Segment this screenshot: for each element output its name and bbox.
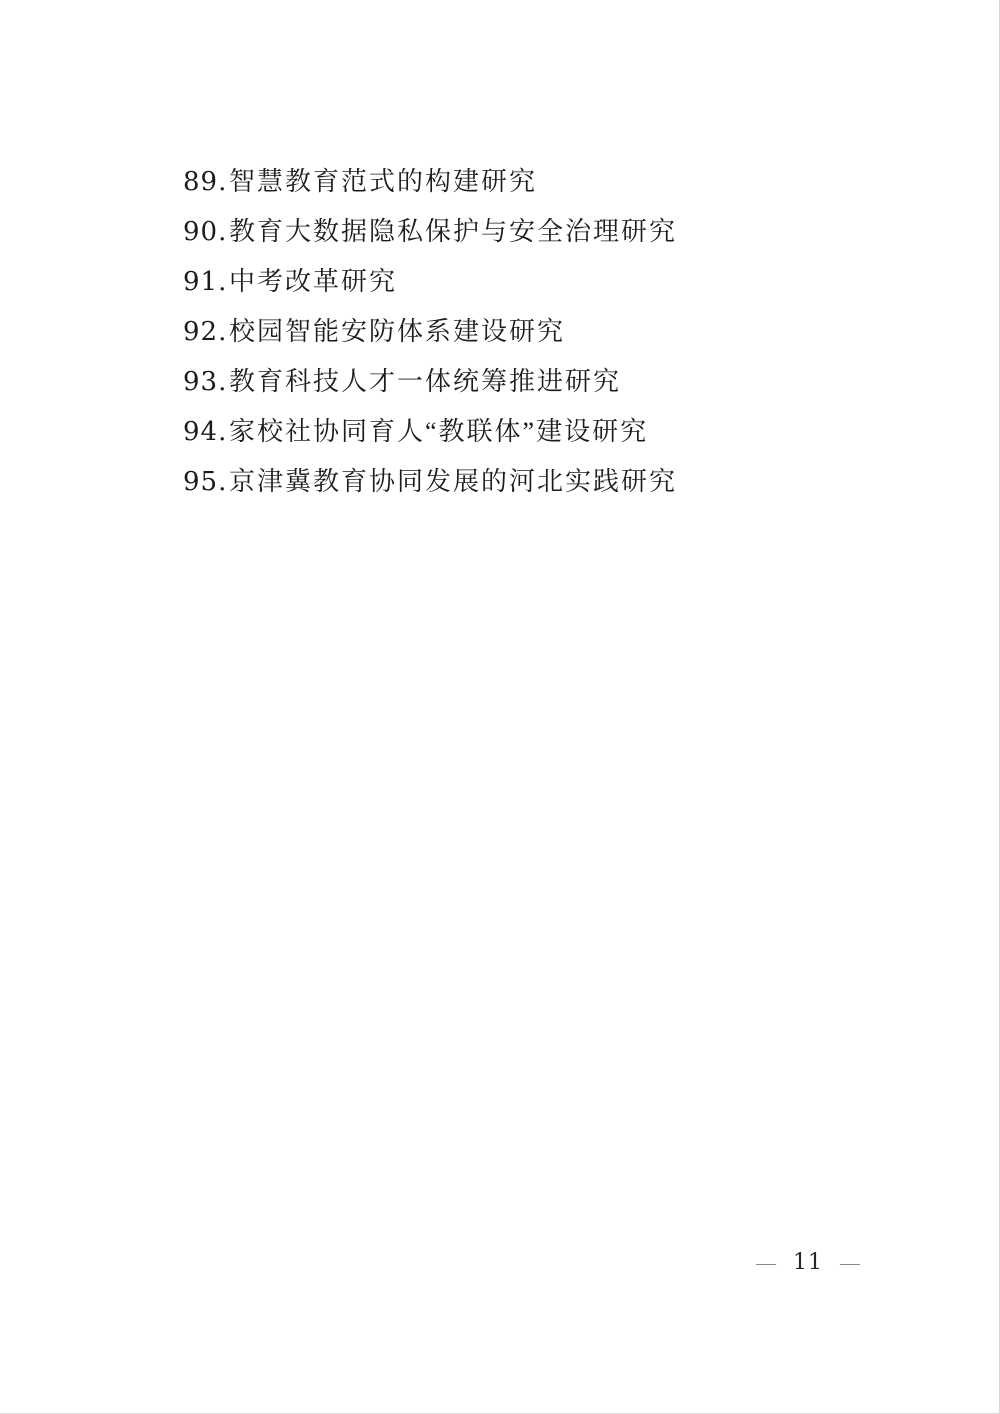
list-item-number: 92. bbox=[183, 319, 229, 345]
page-footer: — 11 — bbox=[756, 1251, 860, 1275]
research-topic-list: 89. 智慧教育范式的构建研究 90. 教育大数据隐私保护与安全治理研究 91.… bbox=[183, 169, 900, 519]
list-item: 93. 教育科技人才一体统筹推进研究 bbox=[183, 369, 900, 395]
list-item-title: 智慧教育范式的构建研究 bbox=[229, 169, 537, 195]
list-item-number: 89. bbox=[183, 169, 229, 195]
list-item-number: 93. bbox=[183, 369, 229, 395]
footer-left-dash: — bbox=[756, 1251, 776, 1275]
list-item: 89. 智慧教育范式的构建研究 bbox=[183, 169, 900, 195]
list-item: 91. 中考改革研究 bbox=[183, 269, 900, 295]
list-item-number: 90. bbox=[183, 219, 229, 245]
list-item-number: 94. bbox=[183, 419, 229, 445]
list-item-title: 教育大数据隐私保护与安全治理研究 bbox=[229, 219, 677, 245]
list-item-number: 95. bbox=[183, 469, 229, 495]
document-page: 89. 智慧教育范式的构建研究 90. 教育大数据隐私保护与安全治理研究 91.… bbox=[0, 0, 1000, 1414]
list-item: 92. 校园智能安防体系建设研究 bbox=[183, 319, 900, 345]
list-item-title: 家校社协同育人“教联体”建设研究 bbox=[229, 419, 648, 445]
list-item-title: 京津冀教育协同发展的河北实践研究 bbox=[229, 469, 677, 495]
list-item: 95. 京津冀教育协同发展的河北实践研究 bbox=[183, 469, 900, 495]
list-item-title: 中考改革研究 bbox=[229, 269, 397, 295]
list-item: 90. 教育大数据隐私保护与安全治理研究 bbox=[183, 219, 900, 245]
page-number: 11 bbox=[793, 1251, 823, 1275]
list-item: 94. 家校社协同育人“教联体”建设研究 bbox=[183, 419, 900, 445]
footer-right-dash: — bbox=[840, 1251, 860, 1275]
list-item-title: 教育科技人才一体统筹推进研究 bbox=[229, 369, 621, 395]
list-item-number: 91. bbox=[183, 269, 229, 295]
list-item-title: 校园智能安防体系建设研究 bbox=[229, 319, 565, 345]
